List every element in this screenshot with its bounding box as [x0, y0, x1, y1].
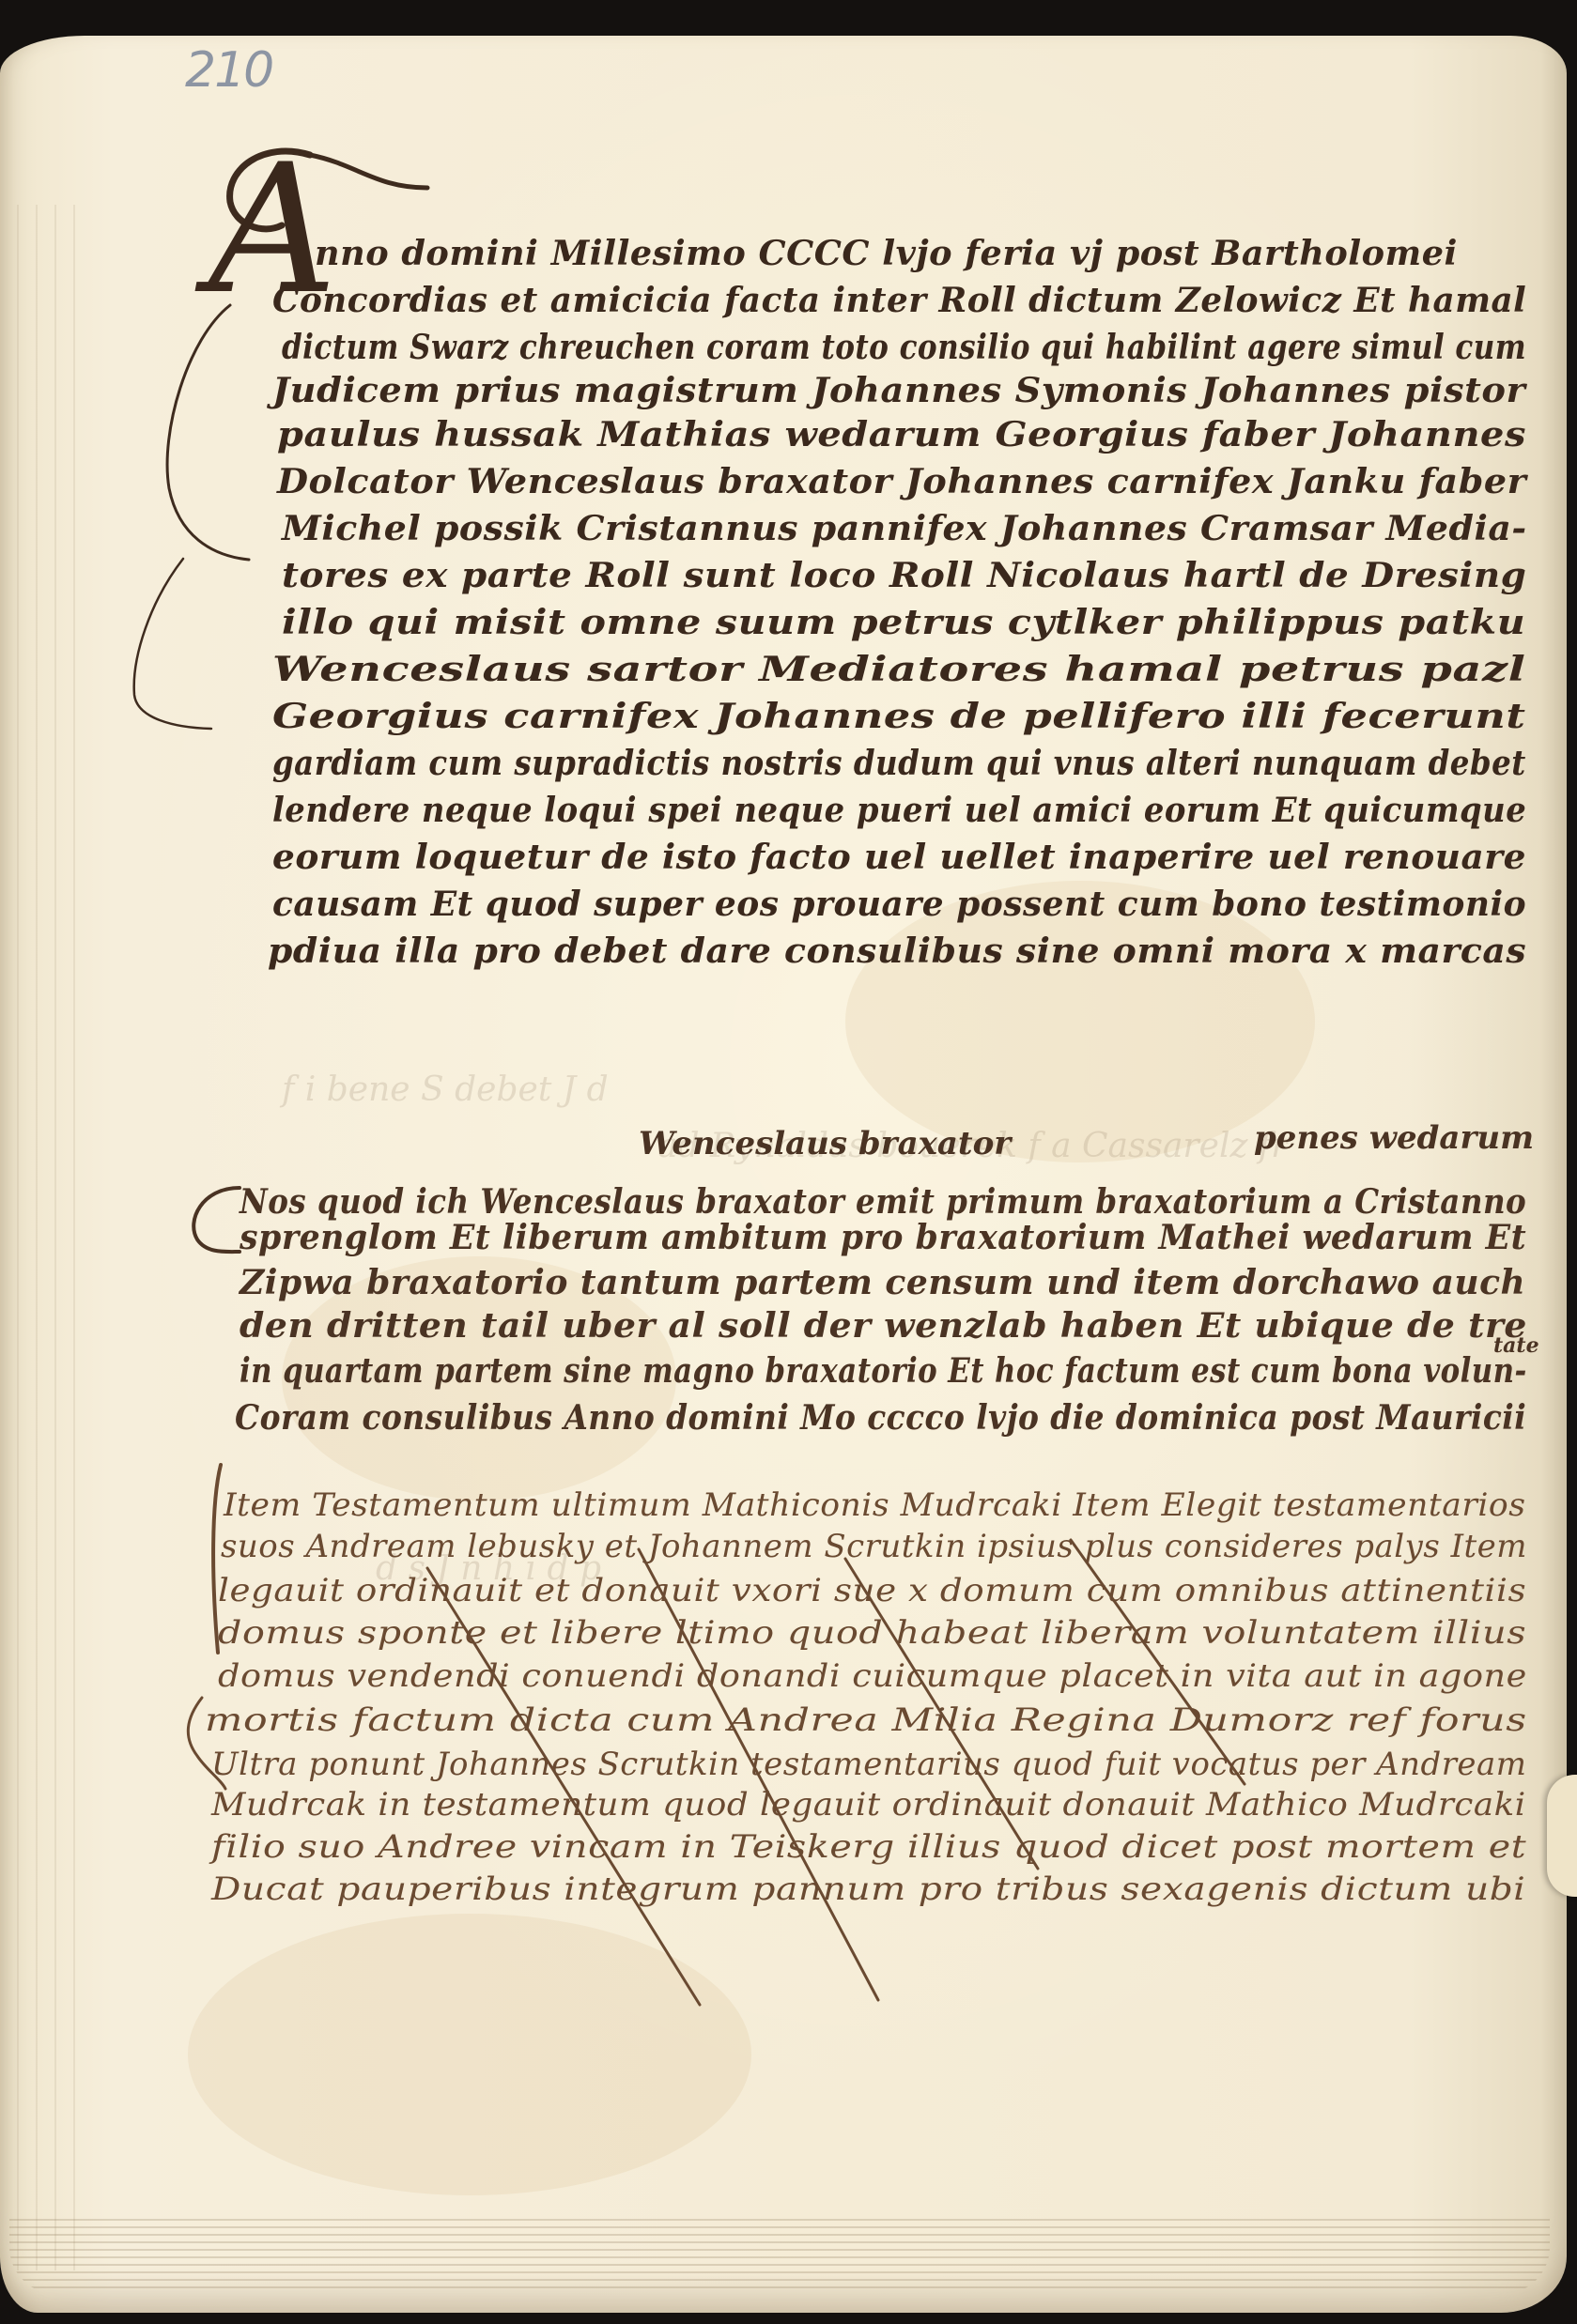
text-line: Judicem prius magistrum Johannes Symonis…: [272, 374, 1525, 408]
text-line: in quartam partem sine magno braxatorio …: [240, 1354, 1527, 1388]
margin-bracket: [167, 305, 249, 560]
margin-note: penes wedarum: [1254, 1119, 1534, 1157]
text-line: causam Et quod super eos prouare possent…: [272, 887, 1526, 921]
text-line: gardiam cum supradictis nostris dudum qu…: [272, 746, 1526, 780]
text-line: pdiua illa pro debet dare consulibus sin…: [268, 934, 1526, 968]
text-line: Mudrcak in testamentum quod legauit ordi…: [211, 1789, 1526, 1821]
entry-heading: Wenceslaus braxator: [639, 1125, 1011, 1162]
text-line: Ultra ponunt Johannes Scrutkin testament…: [211, 1748, 1526, 1780]
superscript-suffix: tate: [1493, 1333, 1539, 1358]
text-line: nno domini Millesimo CCCC lvjo feria vj …: [315, 237, 1526, 270]
entry-bracket: [193, 1188, 240, 1252]
text-line: suos Andream lebusky et Johannem Scrutki…: [221, 1531, 1527, 1562]
text-line: filio suo Andree vincam in Teiskerg illi…: [211, 1831, 1526, 1863]
text-line: den dritten tail uber al soll der wenzla…: [240, 1309, 1527, 1343]
text-line: tores ex parte Roll sunt loco Roll Nicol…: [282, 559, 1526, 593]
text-line: Dolcator Wenceslaus braxator Johannes ca…: [277, 465, 1526, 499]
text-line: Coram consulibus Anno domini Mo cccco lv…: [235, 1401, 1526, 1435]
text-line: Ducat pauperibus integrum pannum pro tri…: [211, 1873, 1525, 1905]
text-line: lendere neque loqui spei neque pueri uel…: [272, 793, 1526, 827]
text-line: domus vendendi conuendi donandi cuicumqu…: [218, 1660, 1527, 1692]
text-line: Item Testamentum ultimum Mathiconis Mudr…: [224, 1489, 1525, 1521]
text-line: dictum Swarz chreuchen coram toto consil…: [282, 331, 1526, 364]
text-line: legauit ordinauit et donauit vxori sue x…: [218, 1575, 1526, 1607]
text-line: Wenceslaus sartor Mediatores hamal petru…: [272, 653, 1526, 686]
text-line: Georgius carnifex Johannes de pellifero …: [272, 700, 1526, 733]
text-line: illo qui misit omne suum petrus cytlker …: [282, 606, 1525, 639]
text-line: Michel possik Cristannus pannifex Johann…: [282, 512, 1527, 546]
text-line: mortis factum dicta cum Andrea Milia Reg…: [205, 1704, 1527, 1736]
text-line: Concordias et amicicia facta inter Roll …: [272, 284, 1526, 317]
text-line: domus sponte et libere ltimo quod habeat…: [218, 1617, 1526, 1649]
text-line: Zipwa braxatorio tantum partem censum un…: [240, 1266, 1525, 1300]
text-line: paulus hussak Mathias wedarum Georgius f…: [277, 418, 1526, 452]
text-line: sprenglom Et liberum ambitum pro braxato…: [240, 1221, 1526, 1254]
text-line: Nos quod ich Wenceslaus braxator emit pr…: [240, 1185, 1526, 1219]
margin-bracket: [134, 559, 211, 729]
text-line: eorum loquetur de isto facto uel uellet …: [272, 840, 1526, 874]
